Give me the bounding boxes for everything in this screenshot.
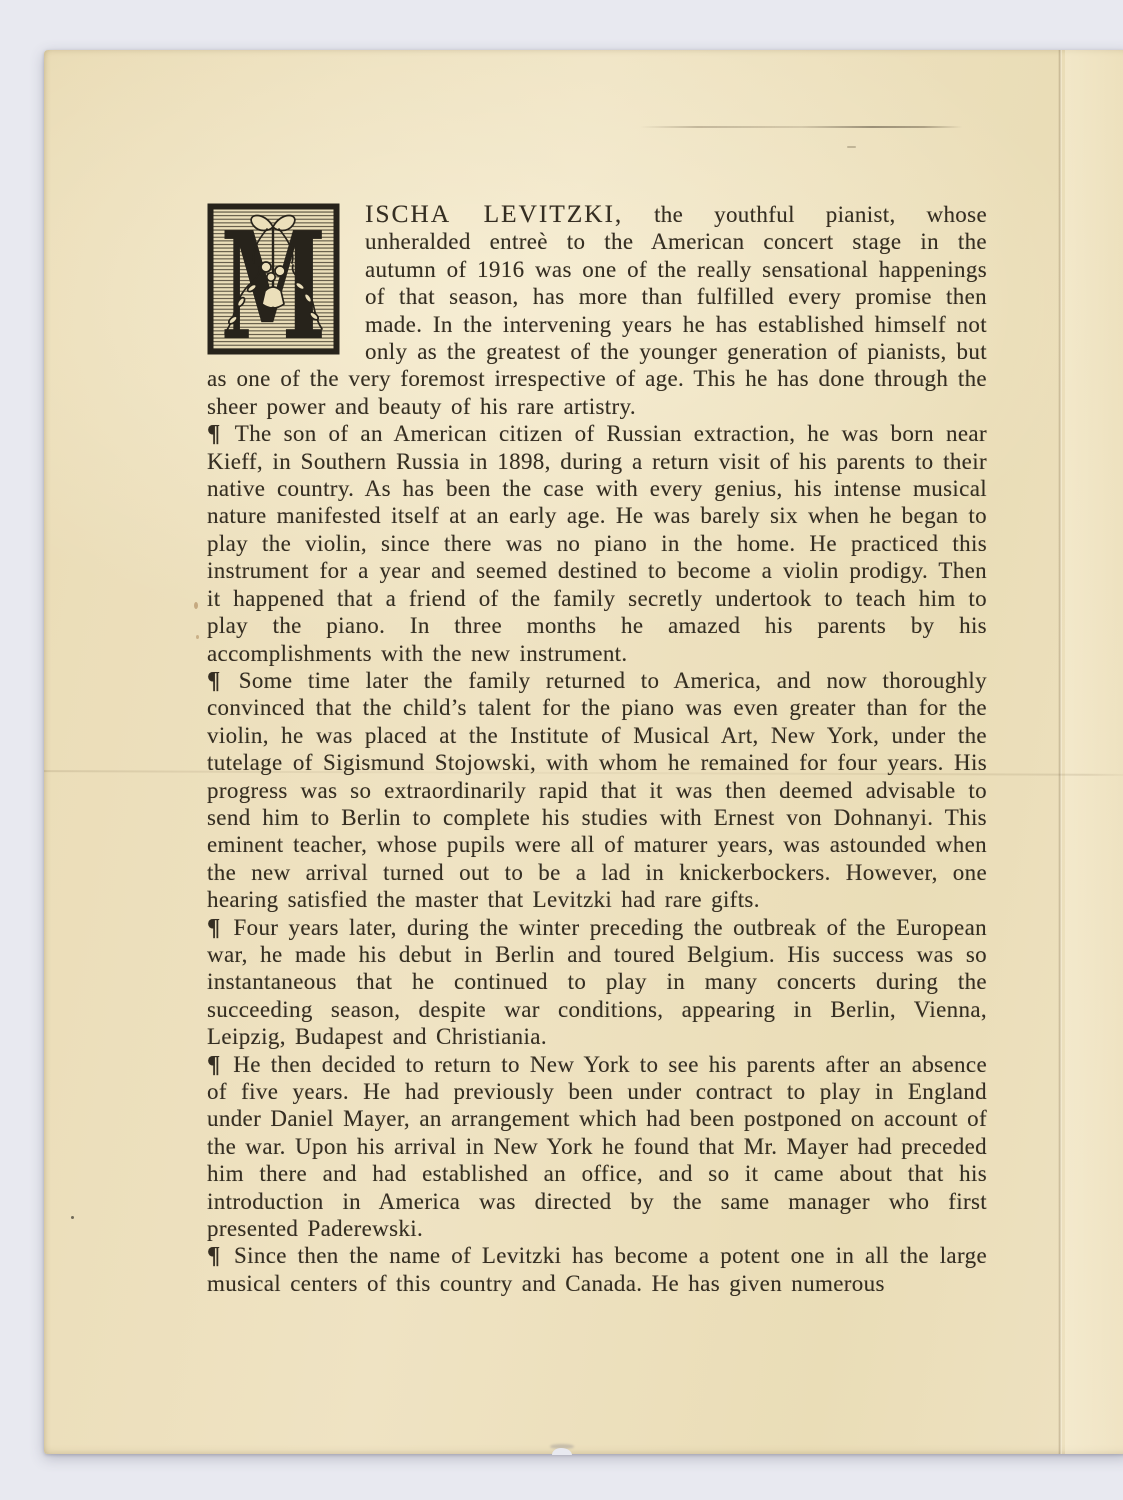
drop-cap-ornament: M [207, 203, 340, 355]
pilcrow-mark: ¶ [207, 914, 223, 941]
paper-speck [847, 146, 856, 148]
paragraph-text: Four years later, during the winter prec… [207, 915, 987, 1050]
pilcrow-mark: ¶ [207, 1051, 223, 1078]
paragraph-text: Some time later the family returned to A… [207, 668, 987, 912]
bottom-edge-tear [552, 1448, 572, 1455]
paragraph: ¶ Since then the name of Levitzki has be… [207, 1242, 987, 1297]
pilcrow-mark: ¶ [207, 667, 223, 694]
article-text-block: M [207, 200, 987, 1297]
lead-in-caps: ISCHA LEVITZKI, [365, 199, 623, 228]
pilcrow-mark: ¶ [207, 420, 223, 447]
pilcrow-mark: ¶ [207, 1242, 223, 1269]
paragraph-text: He then decided to return to New York to… [207, 1052, 987, 1241]
paper-speck [194, 602, 198, 609]
pencil-smudge-mark [640, 126, 962, 128]
paragraph: ¶ The son of an American citizen of Russ… [207, 420, 987, 667]
woodcut-initial-icon: M [207, 203, 340, 355]
paragraph-text: The son of an American citizen of Russia… [207, 421, 987, 665]
paper-fold-light-strip [1065, 50, 1123, 1454]
opening-paragraph: M [207, 200, 987, 420]
paragraph: ¶ He then decided to return to New York … [207, 1051, 987, 1243]
paragraph: ¶ Four years later, during the winter pr… [207, 914, 987, 1051]
document-page: M [44, 50, 1123, 1454]
paragraph-text: Since then the name of Levitzki has beco… [207, 1243, 987, 1295]
paper-speck [196, 635, 199, 639]
paragraph: ¶ Some time later the family returned to… [207, 667, 987, 914]
paper-speck [71, 1216, 74, 1219]
scanner-background: M [0, 0, 1123, 1500]
vertical-fold-crease [1058, 50, 1062, 1454]
